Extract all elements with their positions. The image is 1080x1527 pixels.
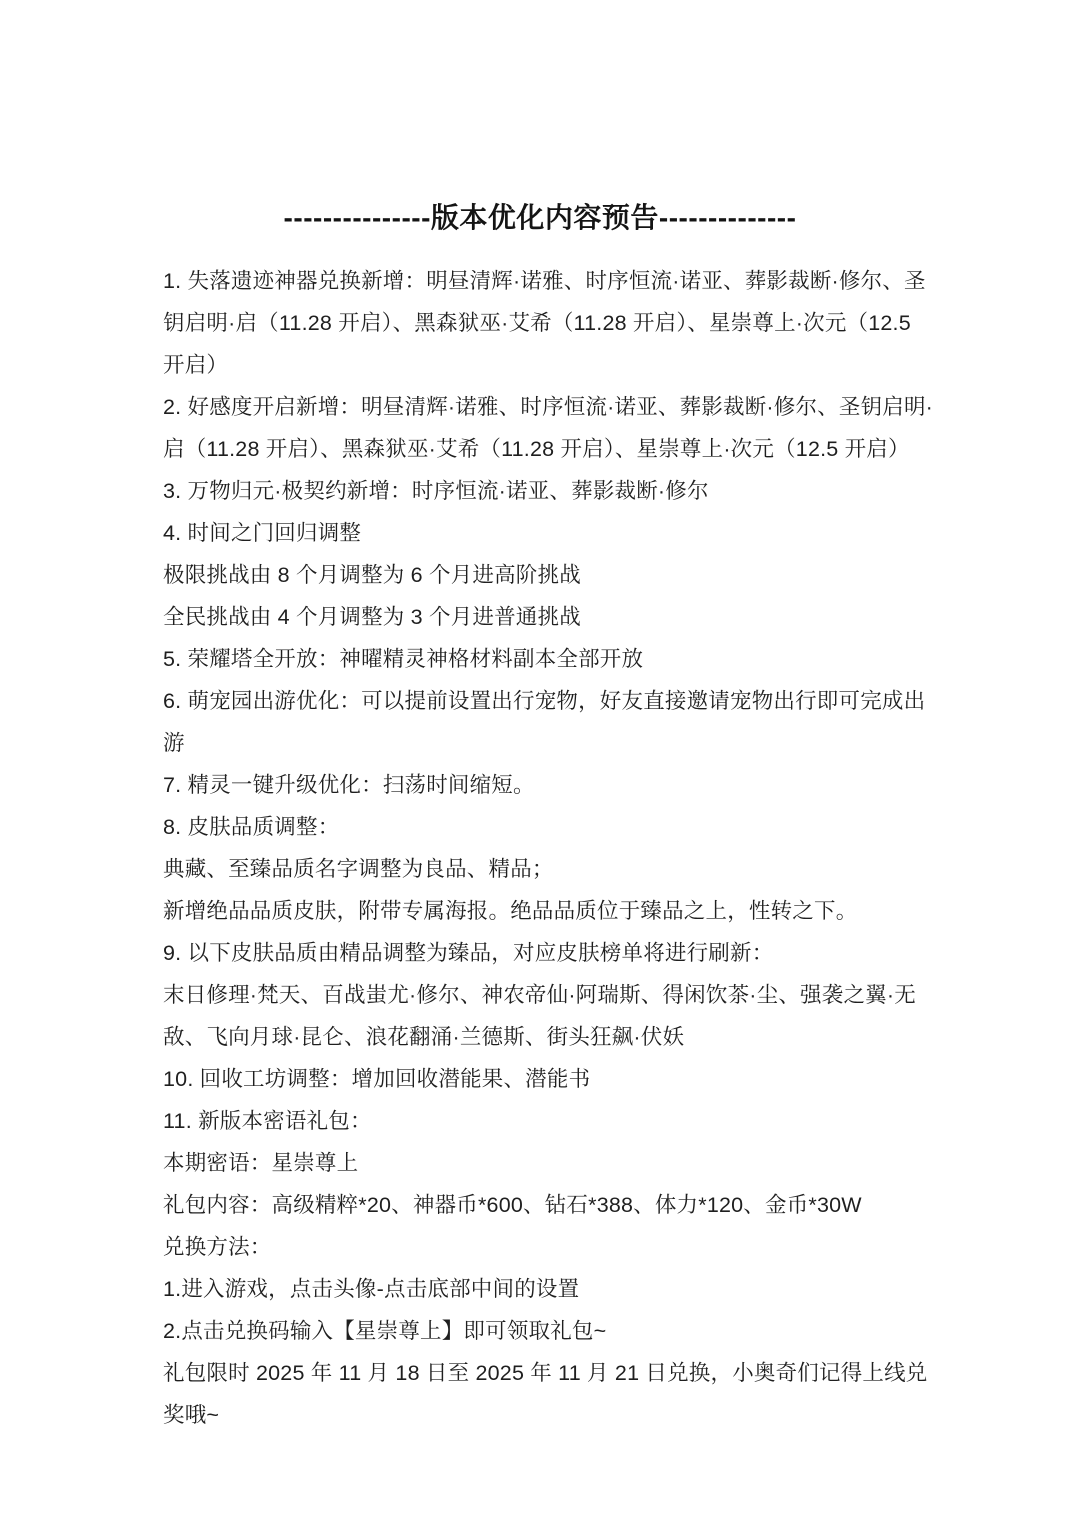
paragraph: 新增绝品品质皮肤，附带专属海报。绝品品质位于臻品之上，性转之下。 (163, 890, 938, 932)
paragraph: 2.点击兑换码输入【星崇尊上】即可领取礼包~ (163, 1310, 938, 1352)
paragraph: 末日修理·梵天、百战蚩尤·修尔、神农帝仙·阿瑞斯、得闲饮茶·尘、强袭之翼·无敌、… (163, 974, 938, 1058)
paragraph: 2. 好感度开启新增：明昼清辉·诺雅、时序恒流·诺亚、葬影裁断·修尔、圣钥启明·… (163, 386, 938, 470)
paragraph: 9. 以下皮肤品质由精品调整为臻品，对应皮肤榜单将进行刷新： (163, 932, 938, 974)
paragraph: 5. 荣耀塔全开放：神曜精灵神格材料副本全部开放 (163, 638, 938, 680)
paragraph: 礼包内容：高级精粹*20、神器币*600、钻石*388、体力*120、金币*30… (163, 1184, 938, 1226)
paragraph: 7. 精灵一键升级优化：扫荡时间缩短。 (163, 764, 938, 806)
paragraph: 本期密语：星崇尊上 (163, 1142, 938, 1184)
paragraph: 10. 回收工坊调整：增加回收潜能果、潜能书 (163, 1058, 938, 1100)
paragraph: 6. 萌宠园出游优化：可以提前设置出行宠物，好友直接邀请宠物出行即可完成出游 (163, 680, 938, 764)
paragraph: 极限挑战由 8 个月调整为 6 个月进高阶挑战 (163, 554, 938, 596)
paragraph: 1.进入游戏，点击头像-点击底部中间的设置 (163, 1268, 938, 1310)
paragraph: 全民挑战由 4 个月调整为 3 个月进普通挑战 (163, 596, 938, 638)
paragraph: 兑换方法： (163, 1226, 938, 1268)
paragraph: 礼包限时 2025 年 11 月 18 日至 2025 年 11 月 21 日兑… (163, 1352, 938, 1436)
document-page: ---------------版本优化内容预告-------------- 1.… (0, 0, 1080, 1527)
document-body: 1. 失落遗迹神器兑换新增：明昼清辉·诺雅、时序恒流·诺亚、葬影裁断·修尔、圣钥… (163, 260, 938, 1436)
paragraph: 1. 失落遗迹神器兑换新增：明昼清辉·诺雅、时序恒流·诺亚、葬影裁断·修尔、圣钥… (163, 260, 938, 386)
paragraph: 4. 时间之门回归调整 (163, 512, 938, 554)
paragraph: 典藏、至臻品质名字调整为良品、精品； (163, 848, 938, 890)
paragraph: 3. 万物归元·极契约新增：时序恒流·诺亚、葬影裁断·修尔 (163, 470, 938, 512)
paragraph: 11. 新版本密语礼包： (163, 1100, 938, 1142)
document-title: ---------------版本优化内容预告-------------- (0, 196, 1080, 236)
paragraph: 8. 皮肤品质调整： (163, 806, 938, 848)
